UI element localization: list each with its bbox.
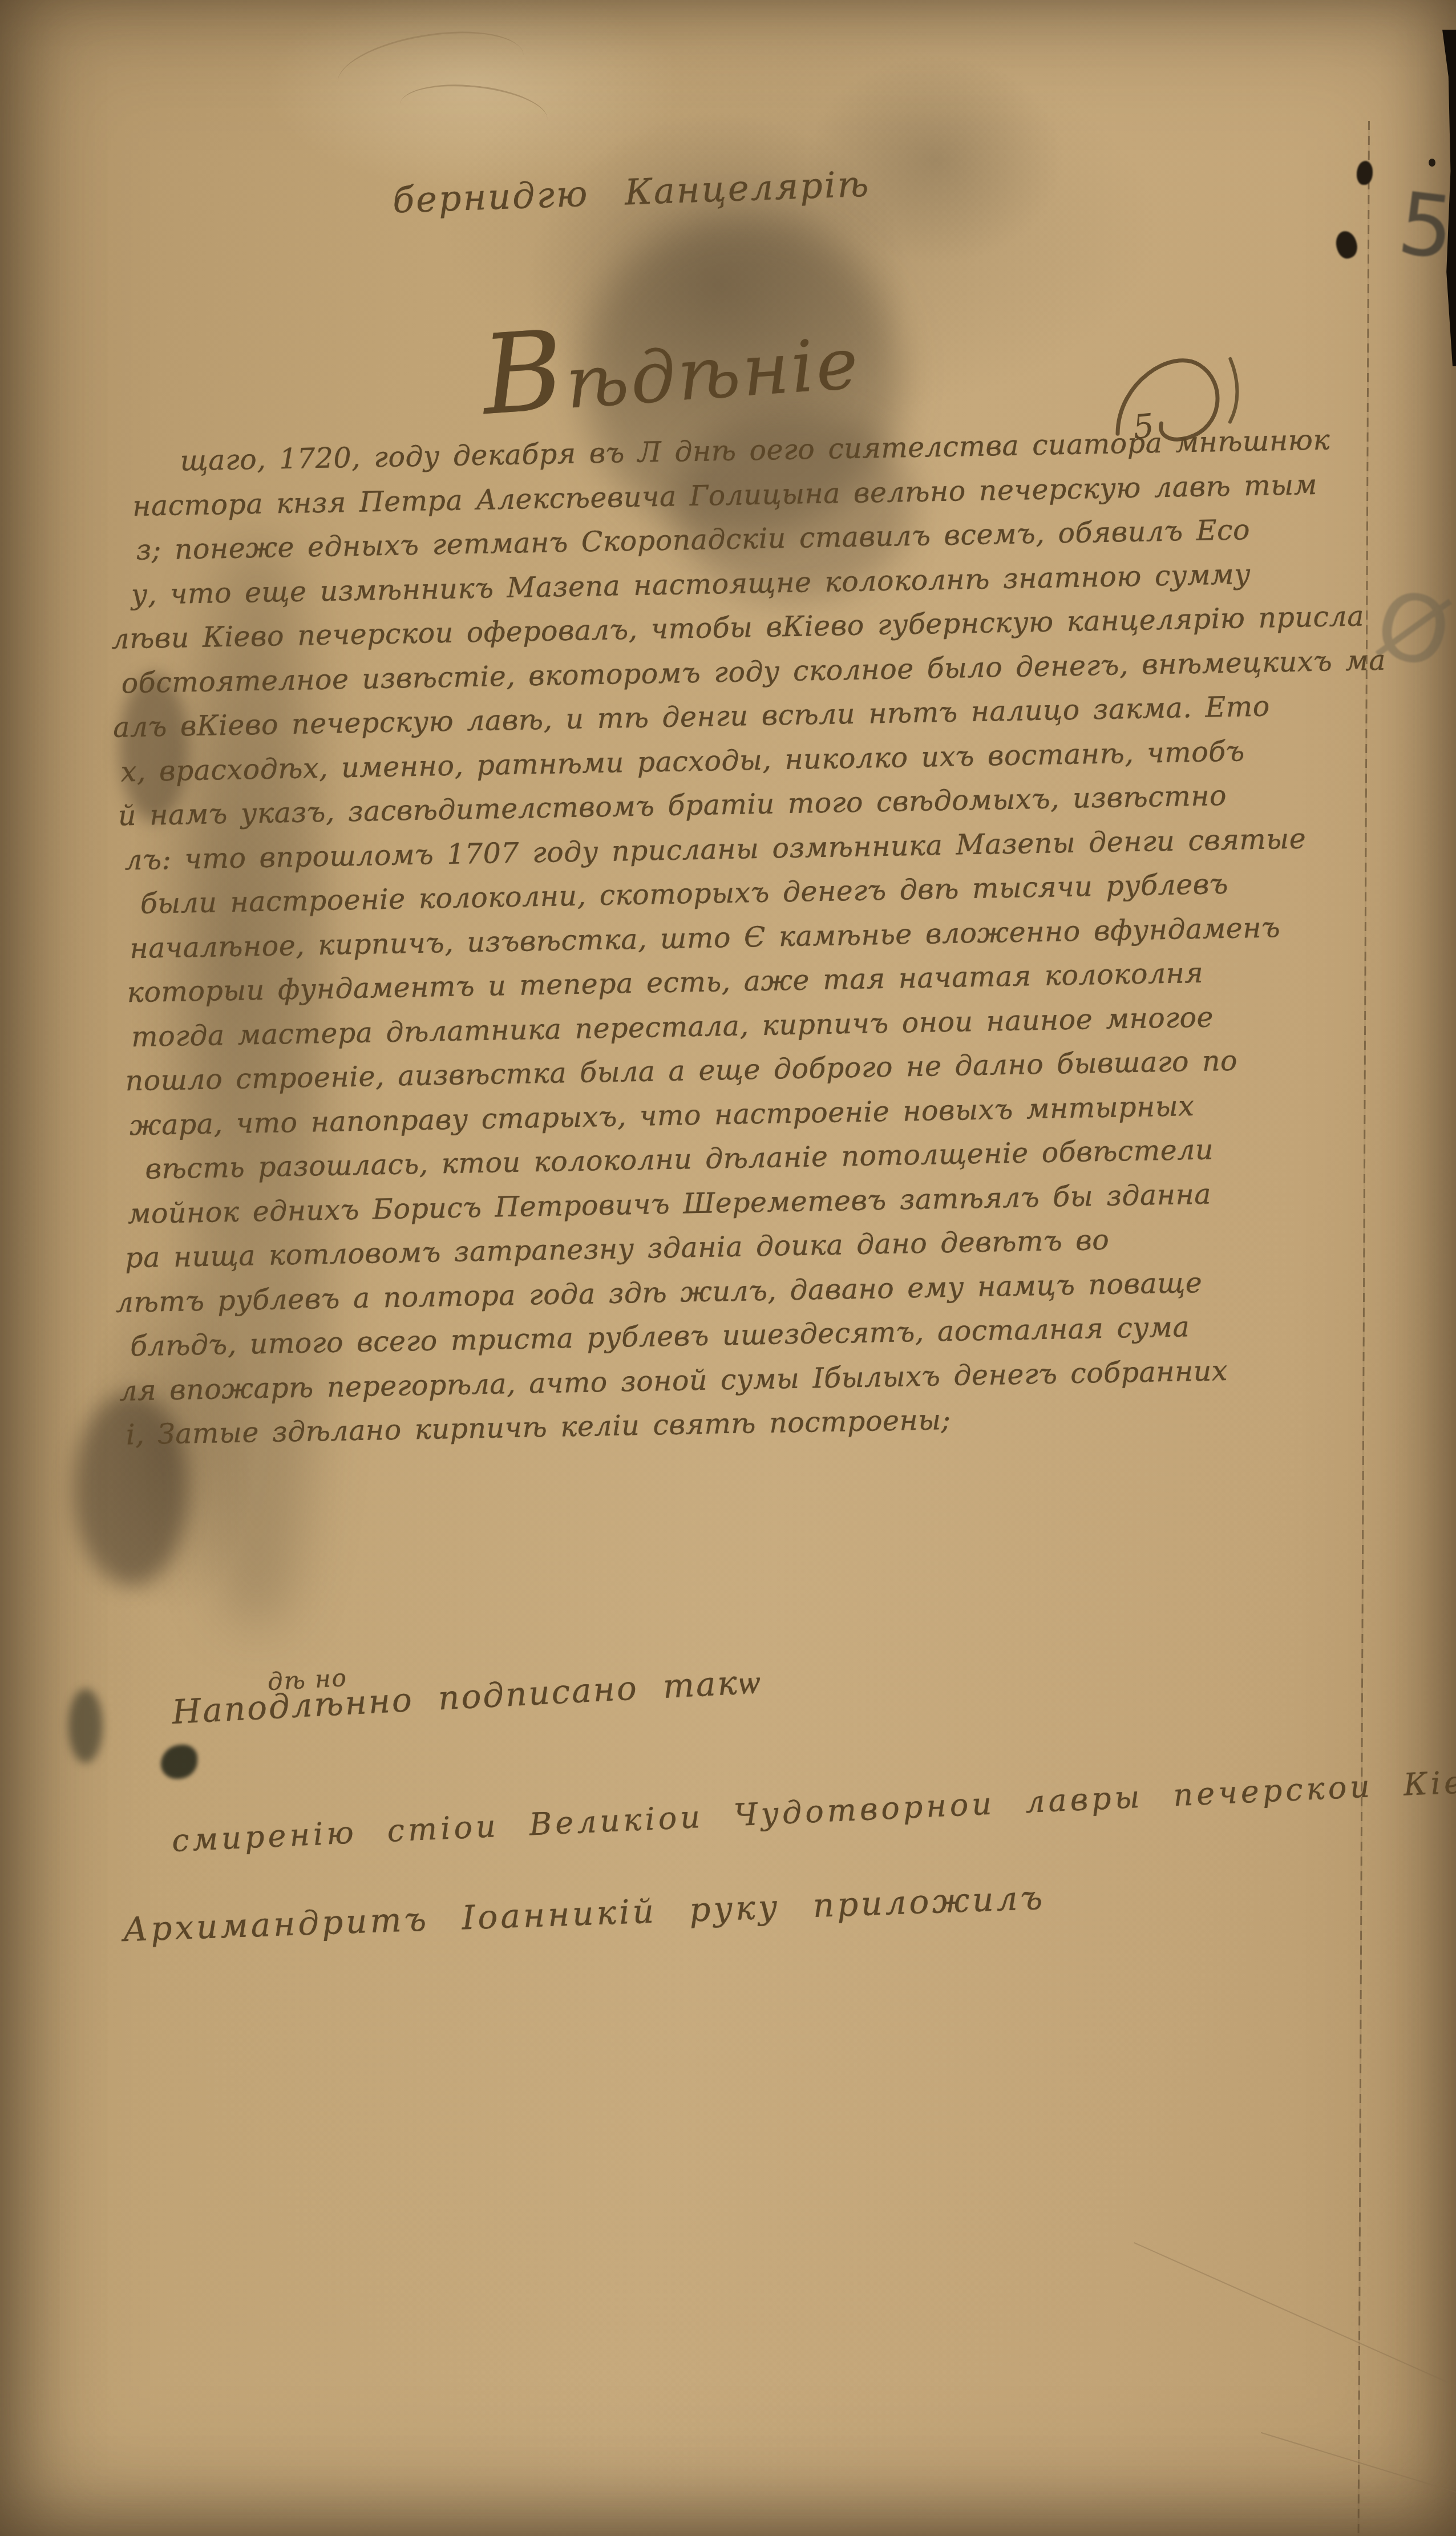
ink-blot xyxy=(1357,161,1373,185)
ink-smudge-spot-2 xyxy=(68,1689,103,1763)
manuscript-body: щаго, 1720, году декабря въ Л днѣ оего с… xyxy=(100,417,1408,1458)
ink-dot xyxy=(1429,159,1435,167)
document-title: Вѣдѣніе xyxy=(478,286,863,440)
manuscript-scan: 5 Ø бернидгю Канцеляріѣ Вѣдѣніе 5 щаго, … xyxy=(0,0,1456,2536)
